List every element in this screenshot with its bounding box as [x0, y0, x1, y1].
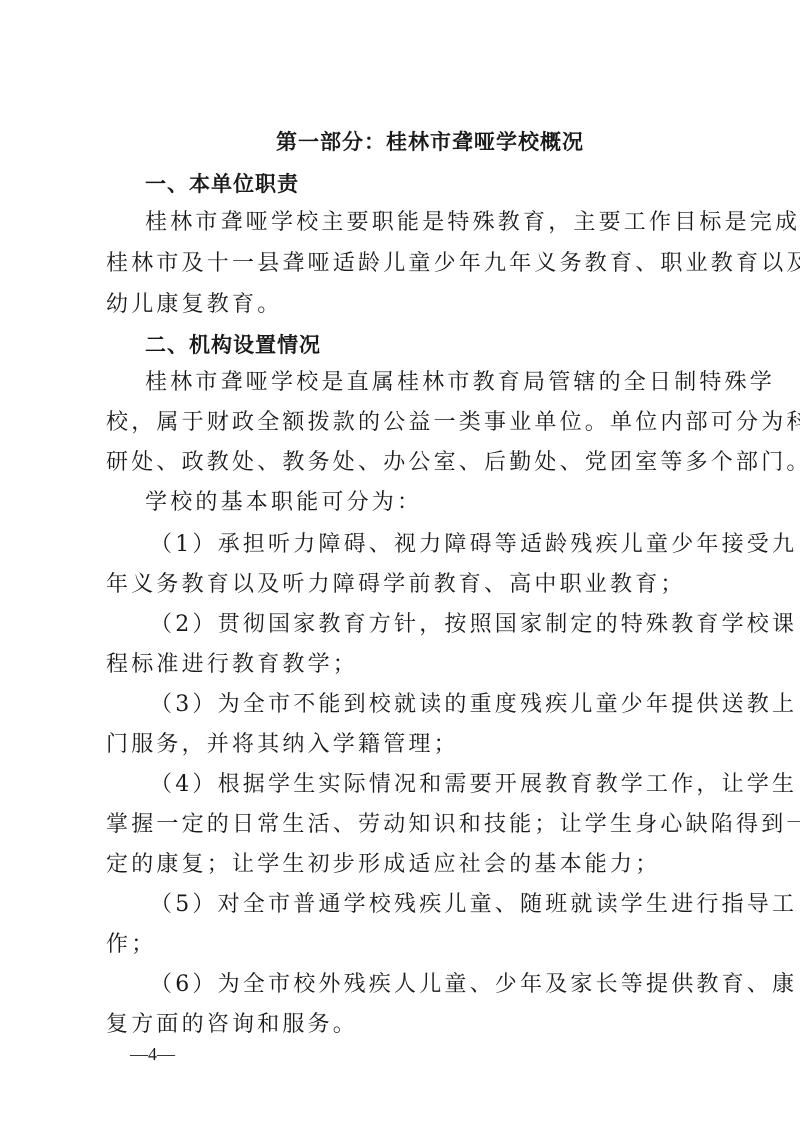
paragraph-line: 学校的基本职能可分为： [145, 489, 422, 517]
paragraph-line: 桂林市聋哑学校是直属桂林市教育局管辖的全日制特殊学 [145, 369, 775, 397]
list-item-line: 复方面的咨询和服务。 [106, 1011, 358, 1039]
list-item-line: 定的康复；让学生初步形成适应社会的基本能力； [106, 851, 660, 879]
paragraph-line: 研处、政教处、教务处、办公室、后勤处、党团室等多个部门。 [106, 449, 800, 477]
list-item-line: （4）根据学生实际情况和需要开展教育教学工作，让学生 [150, 771, 797, 799]
list-item-line: （6）为全市校外残疾人儿童、少年及家长等提供教育、康 [150, 971, 797, 999]
list-item-line: （3）为全市不能到校就读的重度残疾儿童少年提供送教上 [150, 691, 797, 719]
page-number: —4— [130, 1044, 175, 1065]
paragraph-line: 校，属于财政全额拨款的公益一类事业单位。单位内部可分为科 [106, 409, 800, 437]
section-heading-organization: 二、机构设置情况 [145, 331, 321, 359]
paragraph-line: 桂林市聋哑学校主要职能是特殊教育，主要工作目标是完成 [145, 209, 800, 237]
list-item-line: （2）贯彻国家教育方针，按照国家制定的特殊教育学校课 [150, 611, 797, 639]
list-item-line: （5）对全市普通学校残疾儿童、随班就读学生进行指导工 [150, 891, 797, 919]
document-page: 第一部分：桂林市聋哑学校概况 一、本单位职责 桂林市聋哑学校主要职能是特殊教育，… [0, 0, 800, 1131]
paragraph-line: 幼儿康复教育。 [106, 291, 282, 319]
list-item-line: 掌握一定的日常生活、劳动知识和技能；让学生身心缺陷得到一 [106, 811, 800, 839]
paragraph-line: 桂林市及十一县聋哑适龄儿童少年九年义务教育、职业教育以及 [106, 250, 800, 278]
list-item-line: （1）承担听力障碍、视力障碍等适龄残疾儿童少年接受九 [150, 531, 797, 559]
list-item-line: 年义务教育以及听力障碍学前教育、高中职业教育； [106, 571, 686, 599]
list-item-line: 作； [106, 931, 156, 959]
page-title: 第一部分：桂林市聋哑学校概况 [0, 128, 800, 156]
list-item-line: 程标准进行教育教学； [106, 651, 358, 679]
list-item-line: 门服务，并将其纳入学籍管理； [106, 731, 459, 759]
section-heading-responsibilities: 一、本单位职责 [145, 170, 299, 198]
